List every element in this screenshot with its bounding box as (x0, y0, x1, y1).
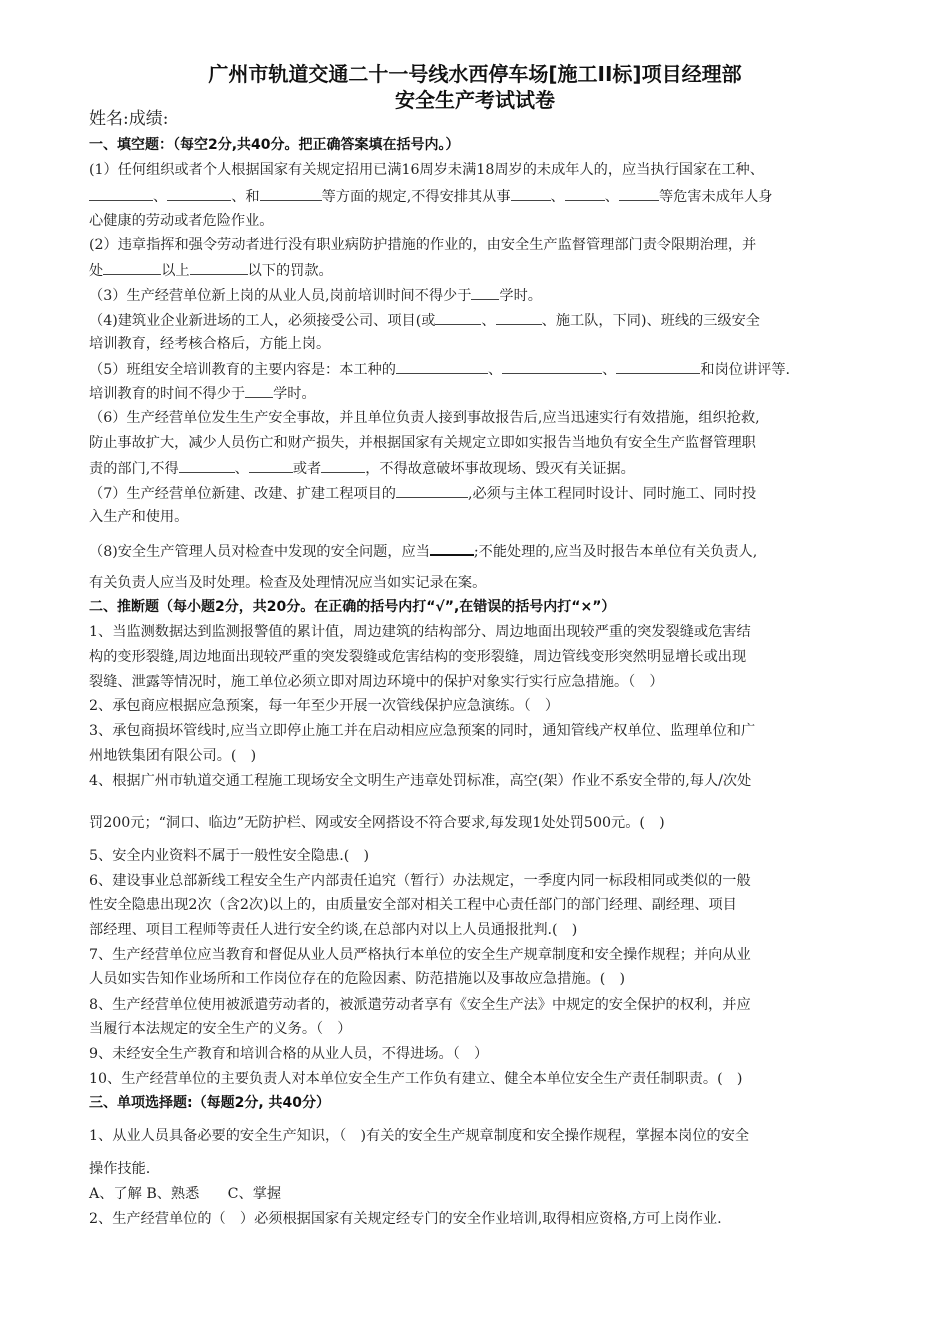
choice-item-1-options: A、了解 B、熟悉 C、掌握 (89, 1184, 281, 1204)
answer-blank[interactable] (496, 310, 542, 325)
answer-blank[interactable] (179, 458, 235, 473)
choice-item-1-line2: 操作技能. (89, 1159, 150, 1179)
judge-item-10: 10、生产经营单位的主要负责人对本单位安全生产工作负有建立、健全本单位安全生产责… (89, 1069, 742, 1089)
q8-line1: （8)安全生产管理人员对检查中发现的安全问题，应当;不能处理的,应当及时报告本单… (89, 540, 757, 562)
name-score-field: 姓名:成绩: (89, 109, 168, 129)
choice-item-1-line1: 1、从业人员具备必要的安全生产知识，（ )有关的安全生产规章制度和安全操作规程，… (89, 1126, 749, 1146)
section1-heading: 一、填空题：（每空2分,共40分。把正确答案填在括号内。） (89, 135, 460, 155)
judge-item-1-line1: 1、当监测数据达到监测报警值的累计值，周边建筑的结构部分、周边地面出现较严重的突… (89, 622, 751, 642)
q7-line2: 入生产和使用。 (89, 507, 188, 527)
judge-item-7-line2: 人员如实告知作业场所和工作岗位存在的危险因素、防范措施以及事故应急措施。( ) (89, 969, 625, 989)
answer-blank[interactable] (511, 186, 551, 201)
judge-item-1-line3: 裂缝、泄露等情况时，施工单位必须立即对周边环境中的保护对象实行实行应急措施。（ … (89, 672, 664, 692)
judge-item-3-line1: 3、承包商损坏管线时,应当立即停止施工并在启动相应应急预案的同时，通知管线产权单… (89, 721, 755, 741)
answer-blank[interactable] (616, 359, 700, 374)
answer-blank[interactable] (396, 483, 468, 498)
answer-blank[interactable] (89, 186, 153, 201)
answer-blank[interactable] (260, 186, 322, 201)
answer-blank[interactable] (190, 260, 248, 275)
q5-line1: （5）班组安全培训教育的主要内容是：本工种的、、和岗位讲评等. (89, 359, 790, 380)
judge-item-9: 9、未经安全生产教育和培训合格的从业人员，不得进场。（ ） (89, 1044, 488, 1064)
q2-line2: 处以上以下的罚款。 (89, 260, 333, 281)
document-title: 广州市轨道交通二十一号线水西停车场[施工II标]项目经理部 (0, 58, 950, 87)
q1-line3: 心健康的劳动或者危险作业。 (89, 211, 273, 231)
section2-heading: 二、推断题（每小题2分，共20分。在正确的括号内打“√”,在错误的括号内打“×”… (89, 597, 615, 617)
choice-item-2-line1: 2、生产经营单位的（ ）必须根据国家有关规定经专门的安全作业培训,取得相应资格,… (89, 1209, 722, 1229)
q7-line1: （7）生产经营单位新建、改建、扩建工程项目的,必须与主体工程同时设计、同时施工、… (89, 483, 756, 504)
answer-blank[interactable] (245, 383, 273, 398)
answer-blank[interactable] (502, 359, 602, 374)
q1-line2: 、、和等方面的规定,不得安排其从事、、等危害未成年人身 (89, 186, 772, 207)
answer-blank[interactable] (430, 540, 474, 556)
judge-item-1-line2: 构的变形裂缝,周边地面出现较严重的突发裂缝或危害结构的变形裂缝，周边管线变形突然… (89, 647, 746, 667)
q2-line1: (2）违章指挥和强令劳动者进行没有职业病防护措施的作业的，由安全生产监督管理部门… (89, 235, 756, 255)
answer-blank[interactable] (435, 310, 481, 325)
answer-blank[interactable] (167, 186, 231, 201)
judge-item-6-line1: 6、建设事业总部新线工程安全生产内部责任追究（暂行）办法规定，一季度内同一标段相… (89, 871, 751, 891)
judge-item-4-line1: 4、根据广州市轨道交通工程施工现场安全文明生产违章处罚标准，高空(架）作业不系安… (89, 771, 751, 791)
judge-item-6-line3: 部经理、项目工程师等责任人进行安全约谈,在总部内对以上人员通报批判.( ) (89, 920, 577, 940)
judge-item-7-line1: 7、生产经营单位应当教育和督促从业人员严格执行本单位的安全生产规章制度和安全操作… (89, 945, 751, 965)
answer-blank[interactable] (249, 458, 293, 473)
answer-blank[interactable] (321, 458, 365, 473)
q5-line2: 培训教育的时间不得少于学时。 (89, 383, 316, 404)
q6-line3: 责的部门,不得、或者，不得故意破坏事故现场、毁灭有关证据。 (89, 458, 635, 479)
judge-item-8-line1: 8、生产经营单位使用被派遣劳动者的，被派遣劳动者享有《安全生产法》中规定的安全保… (89, 995, 751, 1015)
q8-line2: 有关负责人应当及时处理。检查及处理情况应当如实记录在案。 (89, 573, 486, 593)
q6-line1: （6）生产经营单位发生生产安全事故，并且单位负责人接到事故报告后,应当迅速实行有… (89, 408, 760, 428)
judge-item-3-line2: 州地铁集团有限公司。( ) (89, 746, 256, 766)
answer-blank[interactable] (619, 186, 659, 201)
judge-item-2: 2、承包商应根据应急预案，每一年至少开展一次管线保护应急演练。（ ） (89, 696, 559, 716)
answer-blank[interactable] (103, 260, 161, 275)
answer-blank[interactable] (396, 359, 488, 374)
q3-line1: （3）生产经营单位新上岗的从业人员,岗前培训时间不得少于学时。 (89, 285, 542, 306)
q6-line2: 防止事故扩大，减少人员伤亡和财产损失，并根据国家有关规定立即如实报告当地负有安全… (89, 433, 756, 453)
answer-blank[interactable] (471, 285, 499, 300)
q1-line1: (1）任何组织或者个人根据国家有关规定招用已满16周岁未满18周岁的未成年人的，… (89, 160, 764, 180)
judge-item-6-line2: 性安全隐患出现2次（含2次)以上的，由质量安全部对相关工程中心责任部门的部门经理… (89, 895, 737, 915)
judge-item-8-line2: 当履行本法规定的安全生产的义务。（ ） (89, 1019, 351, 1039)
judge-item-5: 5、安全内业资料不属于一般性安全隐患.( ) (89, 846, 369, 866)
q4-line1: （4)建筑业企业新进场的工人，必须接受公司、项目(或、、施工队，下同)、班线的三… (89, 310, 760, 331)
section3-heading: 三、单项选择题:（每题2分, 共40分） (89, 1093, 330, 1113)
judge-item-4-line2: 罚200元；“洞口、临边”无防护栏、网或安全网搭设不符合要求,每发现1处处罚50… (89, 813, 665, 833)
q4-line2: 培训教育，经考核合格后，方能上岗。 (89, 334, 330, 354)
exam-page: 广州市轨道交通二十一号线水西停车场[施工II标]项目经理部 安全生产考试试卷 姓… (0, 0, 950, 1344)
answer-blank[interactable] (565, 186, 605, 201)
